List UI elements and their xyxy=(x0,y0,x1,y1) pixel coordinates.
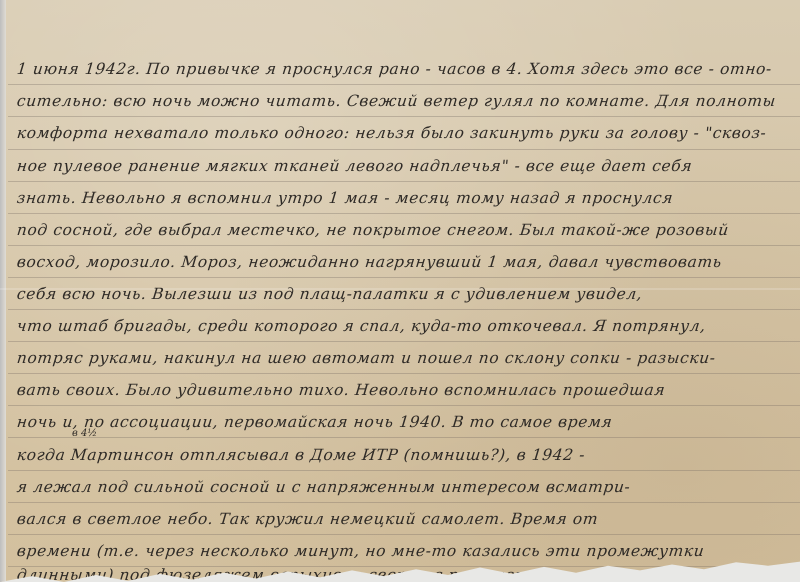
ruled-line xyxy=(8,245,800,246)
ruled-line xyxy=(8,405,800,406)
text-line: под сосной, где выбрал местечко, не покр… xyxy=(16,221,792,239)
ruled-line xyxy=(8,116,800,117)
ruled-line xyxy=(8,213,800,214)
letter-page: 1 июня 1942г. По привычке я проснулся ра… xyxy=(0,0,800,582)
ruled-line xyxy=(8,309,800,310)
text-line: длинными) под фюзеляжем вспыхивал свет и… xyxy=(16,566,792,582)
ruled-line xyxy=(8,437,800,438)
text-line: времени (т.е. через несколько минут, но … xyxy=(16,542,792,560)
text-line: 1 июня 1942г. По привычке я проснулся ра… xyxy=(16,60,792,78)
text-line: ное пулевое ранение мягких тканей левого… xyxy=(16,157,792,175)
ruled-line xyxy=(8,84,800,85)
ruled-line xyxy=(8,181,800,182)
inline-insertion: в 4½ xyxy=(72,428,97,439)
ruled-line xyxy=(8,149,800,150)
ruled-line xyxy=(8,373,800,374)
text-line: потряс руками, накинул на шею автомат и … xyxy=(16,349,792,367)
text-line: ночь и, по ассоциации, первомайская ночь… xyxy=(16,413,792,431)
ruled-line xyxy=(8,502,800,503)
text-line: что штаб бригады, среди которого я спал,… xyxy=(16,317,792,335)
text-line: вался в светлое небо. Так кружил немецки… xyxy=(16,510,792,528)
text-line: вать своих. Было удивительно тихо. Невол… xyxy=(16,381,792,399)
text-line: сительно: всю ночь можно читать. Свежий … xyxy=(16,92,792,110)
ruled-line xyxy=(8,341,800,342)
text-line: себя всю ночь. Вылезши из под плащ-палат… xyxy=(16,285,792,303)
ruled-line xyxy=(8,534,800,535)
text-line: я лежал под сильной сосной и с напряженн… xyxy=(16,478,792,496)
text-line: знать. Невольно я вспомнил утро 1 мая - … xyxy=(16,189,792,207)
page-left-edge xyxy=(0,0,6,582)
ruled-line xyxy=(8,470,800,471)
text-line: когда Мартинсон отплясывал в Доме ИТР (п… xyxy=(16,446,792,464)
text-line: комфорта нехватало только одного: нельзя… xyxy=(16,124,792,142)
text-line: восход, морозило. Мороз, неожиданно нагр… xyxy=(16,253,792,271)
ruled-line xyxy=(8,277,800,278)
